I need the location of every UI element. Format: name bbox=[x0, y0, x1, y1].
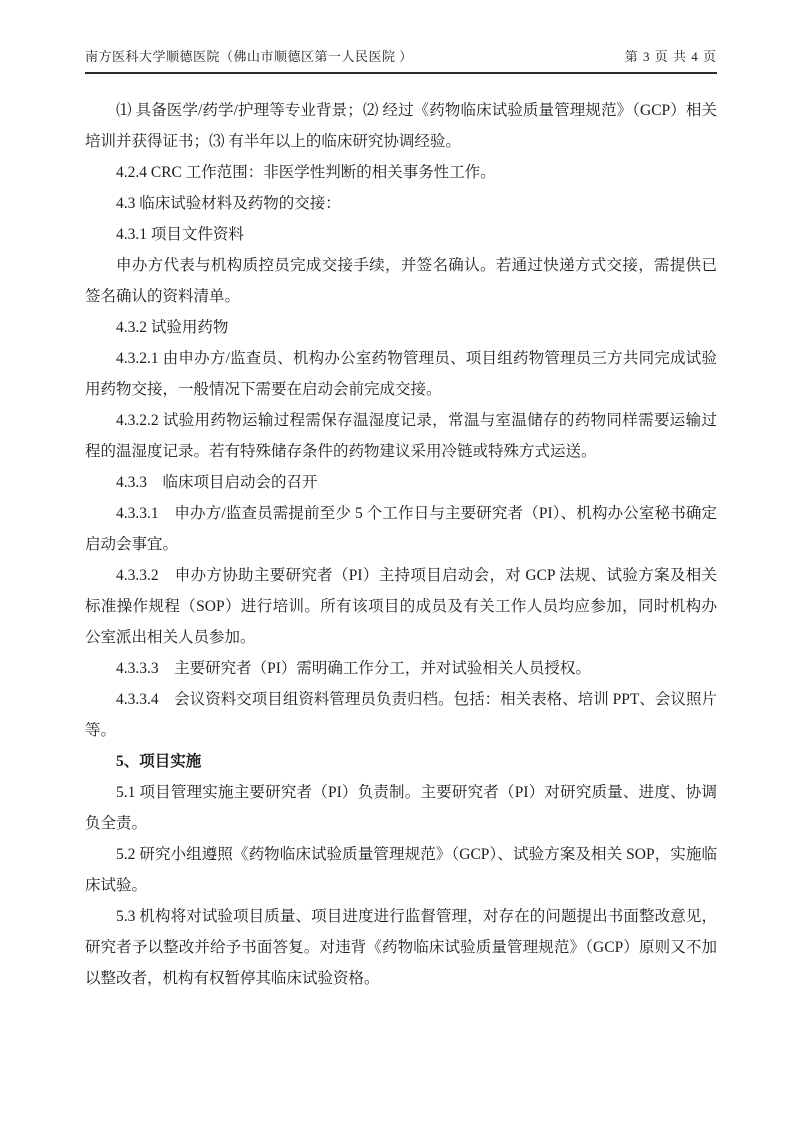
paragraph: 4.3.3.1 申办方/监查员需提前至少 5 个工作日与主要研究者（PI）、机构… bbox=[85, 498, 717, 560]
paragraph: 5.2 研究小组遵照《药物临床试验质量管理规范》（GCP）、试验方案及相关 SO… bbox=[85, 839, 717, 901]
paragraph: 4.3.2 试验用药物 bbox=[85, 312, 717, 343]
header-page-number: 第 3 页 共 4 页 bbox=[625, 49, 717, 65]
paragraph: 4.3.3 临床项目启动会的召开 bbox=[85, 467, 717, 498]
paragraph: 4.3.3.3 主要研究者（PI）需明确工作分工，并对试验相关人员授权。 bbox=[85, 653, 717, 684]
paragraph: 5.3 机构将对试验项目质量、项目进度进行监督管理，对存在的问题提出书面整改意见… bbox=[85, 901, 717, 994]
page-header: 南方医科大学顺德医院（佛山市顺德区第一人民医院 ） 第 3 页 共 4 页 bbox=[85, 49, 717, 74]
header-hospital-name: 南方医科大学顺德医院（佛山市顺德区第一人民医院 ） bbox=[85, 49, 413, 65]
paragraph: 4.3.2.2 试验用药物运输过程需保存温湿度记录，常温与室温储存的药物同样需要… bbox=[85, 405, 717, 467]
paragraph: 4.3.2.1 由申办方/监查员、机构办公室药物管理员、项目组药物管理员三方共同… bbox=[85, 343, 717, 405]
paragraph: 4.3.3.2 申办方协助主要研究者（PI）主持项目启动会，对 GCP 法规、试… bbox=[85, 560, 717, 653]
document-body: ⑴ 具备医学/药学/护理等专业背景；⑵ 经过《药物临床试验质量管理规范》（GCP… bbox=[85, 95, 717, 994]
paragraph: 5.1 项目管理实施主要研究者（PI）负责制。主要研究者（PI）对研究质量、进度… bbox=[85, 777, 717, 839]
paragraph: 4.3.1 项目文件资料 bbox=[85, 219, 717, 250]
section-heading: 5、项目实施 bbox=[85, 746, 717, 777]
paragraph: 4.3.3.4 会议资料交项目组资料管理员负责归档。包括：相关表格、培训 PPT… bbox=[85, 684, 717, 746]
paragraph: ⑴ 具备医学/药学/护理等专业背景；⑵ 经过《药物临床试验质量管理规范》（GCP… bbox=[85, 95, 717, 157]
paragraph: 4.3 临床试验材料及药物的交接： bbox=[85, 188, 717, 219]
document-page: 南方医科大学顺德医院（佛山市顺德区第一人民医院 ） 第 3 页 共 4 页 ⑴ … bbox=[0, 0, 800, 1131]
paragraph: 4.2.4 CRC 工作范围：非医学性判断的相关事务性工作。 bbox=[85, 157, 717, 188]
paragraph: 申办方代表与机构质控员完成交接手续，并签名确认。若通过快递方式交接，需提供已签名… bbox=[85, 250, 717, 312]
